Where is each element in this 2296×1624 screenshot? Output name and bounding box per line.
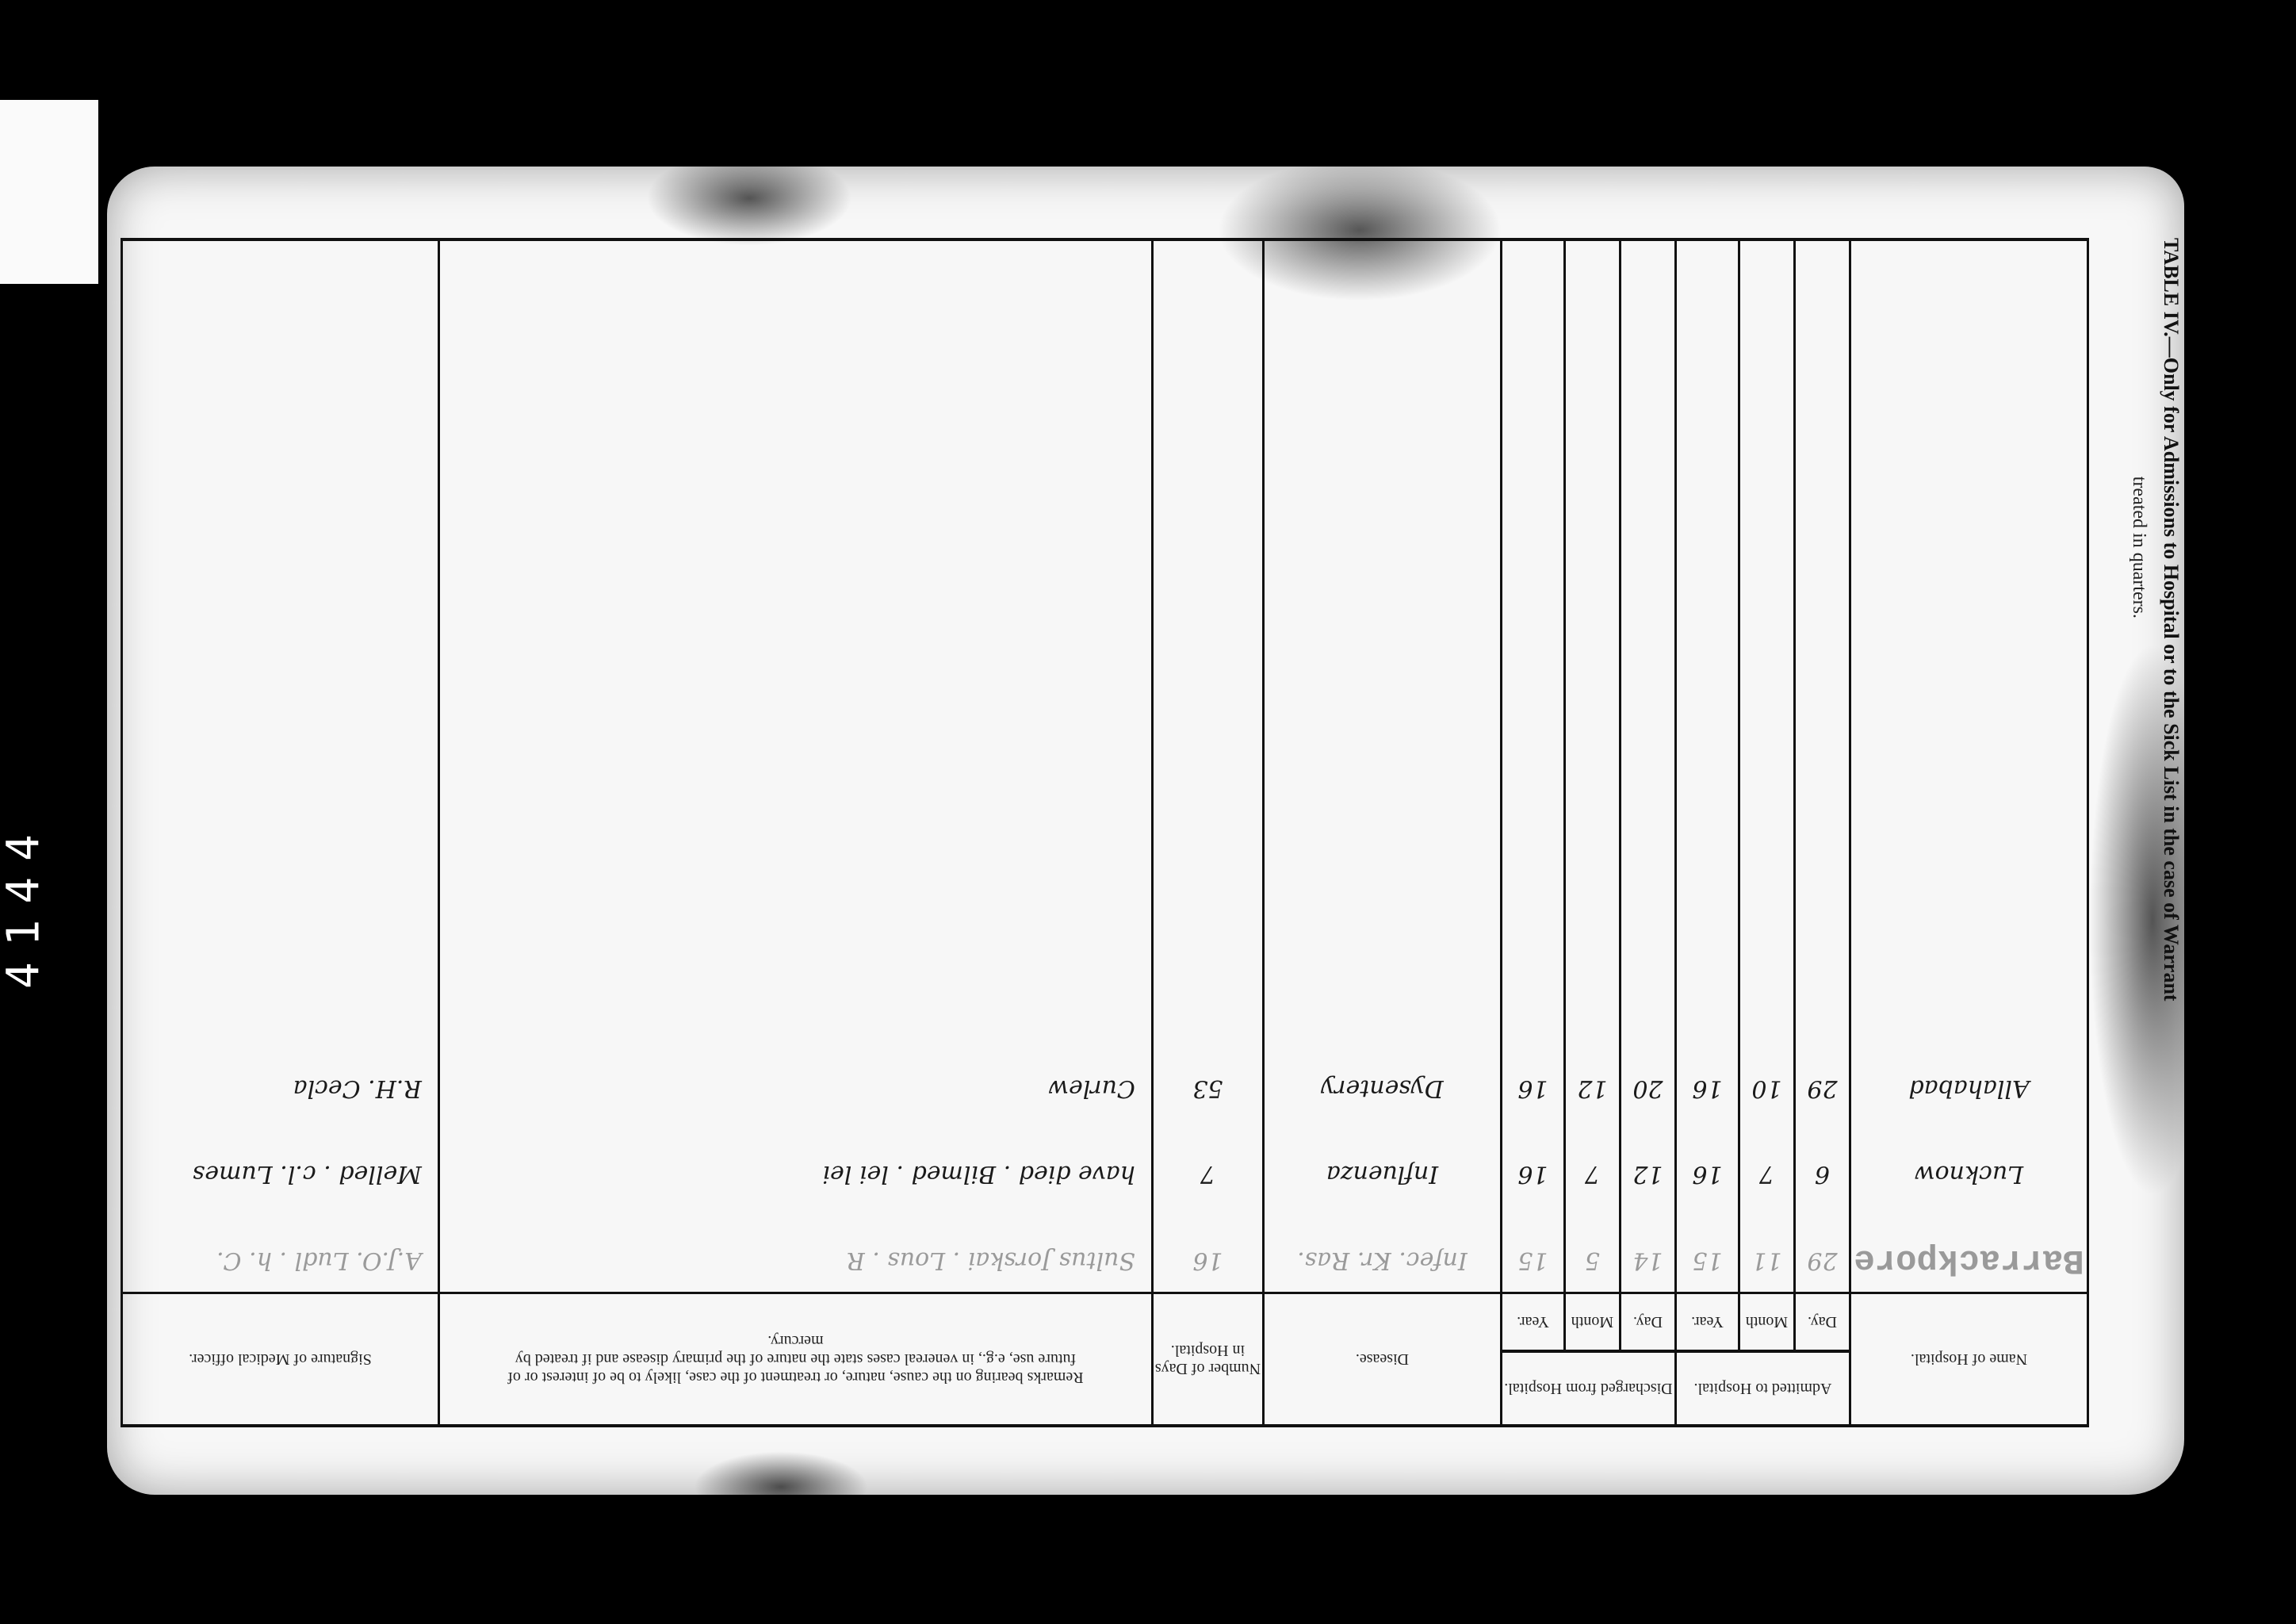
cell-dis-day: 14: [1621, 1228, 1674, 1292]
cell-adm-day: 6: [1796, 1142, 1849, 1205]
cell-days: 53: [1154, 1056, 1262, 1120]
table-title: TABLE IV.—Only for Admissions to Hospita…: [2159, 238, 2183, 1411]
cell-remarks: have died . Bilmed . lei lei: [440, 1142, 1151, 1205]
cell-disease: Influenza: [1265, 1142, 1500, 1205]
cell-signature: Melled . c.l. Lumes: [123, 1142, 438, 1205]
header-dis-year: Year.: [1501, 1293, 1564, 1352]
cell-adm-year: 16: [1677, 1142, 1738, 1205]
empty-row-space: [121, 239, 2087, 1034]
hospital-admissions-table: TABLE IV.—Only for Admissions to Hospita…: [123, 238, 2089, 1427]
cell-adm-month: 10: [1740, 1056, 1793, 1120]
cell-dis-month: 7: [1566, 1142, 1619, 1205]
cell-hospital: Allahabad: [1851, 1056, 2087, 1120]
cell-adm-year: 16: [1677, 1056, 1738, 1120]
header-signature: Signature of Medical officer.: [121, 1293, 438, 1427]
edge-shadow: [2089, 642, 2216, 1197]
cell-disease: Dysentery: [1265, 1056, 1500, 1120]
cell-disease: Infec. Kr. Ras.: [1265, 1228, 1500, 1292]
cell-adm-day: 29: [1796, 1228, 1849, 1292]
cell-signature: A.J.O. Ludl . h. C.: [123, 1228, 438, 1292]
cell-dis-day: 20: [1621, 1056, 1674, 1120]
header-adm-day: Day.: [1795, 1293, 1850, 1352]
cell-hospital: Barrackpore: [1851, 1228, 2087, 1292]
cell-dis-month: 12: [1566, 1056, 1619, 1120]
cell-dis-year: 15: [1502, 1228, 1563, 1292]
cell-adm-month: 11: [1740, 1228, 1793, 1292]
cell-adm-month: 7: [1740, 1142, 1793, 1205]
header-hospital: Name of Hospital.: [1850, 1293, 2088, 1427]
table-row: Barrackpore29111514515Infec. Kr. Ras.16S…: [121, 1205, 2087, 1293]
ink-stain: [694, 1451, 868, 1522]
cell-adm-day: 29: [1796, 1056, 1849, 1120]
table-subtitle: treated in quarters.: [2128, 477, 2149, 619]
cell-dis-month: 5: [1566, 1228, 1619, 1292]
header-dis-month: Month: [1564, 1293, 1620, 1352]
table-row: Allahabad291016201216Dysentery53CurlewR.…: [121, 1034, 2087, 1120]
cell-remarks: Sultus Jorskai . Lous . R: [440, 1228, 1151, 1292]
ink-stain: [646, 151, 852, 246]
film-leader-tab: [0, 100, 98, 284]
cell-dis-year: 16: [1502, 1056, 1563, 1120]
frame-number: 4144: [0, 753, 48, 1055]
cell-dis-day: 12: [1621, 1142, 1674, 1205]
header-discharged: Discharged from Hospital.: [1501, 1351, 1675, 1426]
header-adm-year: Year.: [1675, 1293, 1739, 1352]
header-remarks: Remarks bearing on the cause, nature, or…: [438, 1293, 1152, 1427]
cell-adm-year: 15: [1677, 1228, 1738, 1292]
cell-days: 16: [1154, 1228, 1262, 1292]
header-days: Number of Days in Hospital.: [1152, 1293, 1263, 1427]
cell-dis-year: 16: [1502, 1142, 1563, 1205]
admissions-grid: Name of Hospital. Admitted to Hospital. …: [121, 238, 2089, 1427]
header-dis-day: Day.: [1620, 1293, 1675, 1352]
header-admitted: Admitted to Hospital.: [1675, 1351, 1850, 1426]
header-disease: Disease.: [1263, 1293, 1501, 1427]
cell-signature: R.H. Cecla: [123, 1056, 438, 1120]
cell-days: 7: [1154, 1142, 1262, 1205]
header-adm-month: Month: [1739, 1293, 1795, 1352]
cell-remarks: Curlew: [440, 1056, 1151, 1120]
cell-hospital: Lucknow: [1851, 1142, 2087, 1205]
table-row: Lucknow671612716Influenza7have died . Bi…: [121, 1120, 2087, 1205]
